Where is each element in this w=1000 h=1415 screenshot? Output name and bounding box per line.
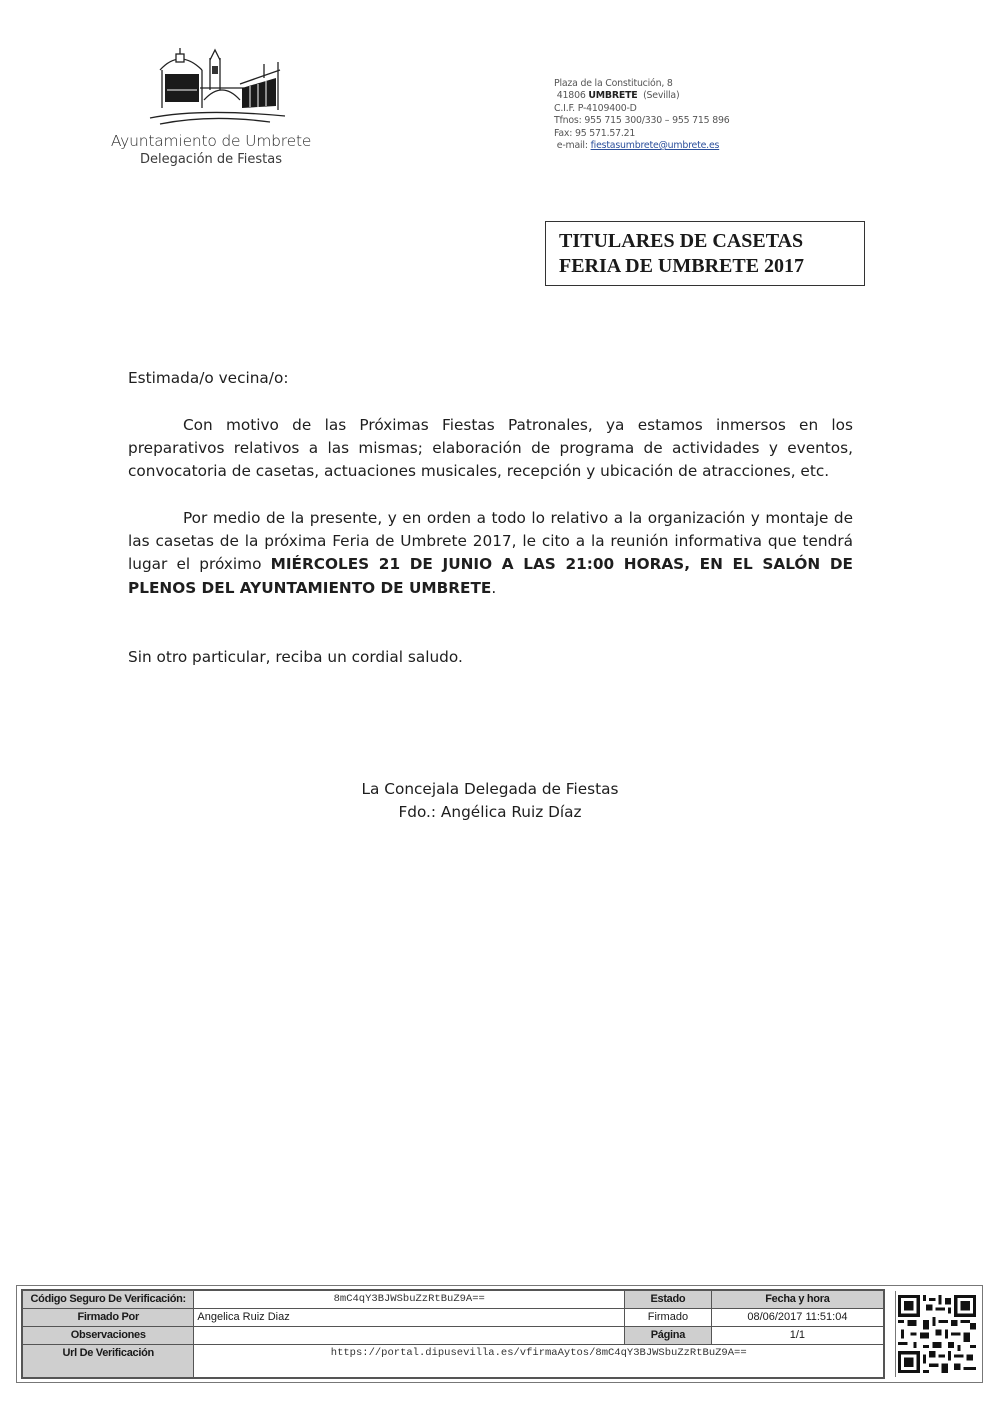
letter-body: Estimada/o vecina/o: Con motivo de las P… [128, 367, 853, 669]
address-street: Plaza de la Constitución, 8 [554, 78, 730, 90]
verification-box: Código Seguro De Verificación: 8mC4qY3BJ… [16, 1285, 983, 1383]
datetime-label: Fecha y hora [711, 1290, 884, 1308]
closing: Sin otro particular, reciba un cordial s… [128, 646, 853, 669]
paragraph-1: Con motivo de las Próximas Fiestas Patro… [128, 414, 853, 484]
paragraph-2: Por medio de la presente, y en orden a t… [128, 507, 853, 600]
address-cif: C.I.F. P-4109400-D [554, 103, 730, 115]
title-line-2: FERIA DE UMBRETE 2017 [559, 254, 864, 279]
url-label: Url De Verificación [22, 1344, 194, 1378]
page-value: 1/1 [711, 1326, 884, 1344]
organization-name: Ayuntamiento de Umbrete [100, 132, 322, 150]
qr-code-icon [898, 1294, 976, 1374]
address-phones: Tfnos: 955 715 300/330 – 955 715 896 [554, 115, 730, 127]
datetime-value: 08/06/2017 11:51:04 [711, 1308, 884, 1326]
table-row: Firmado Por Angelica Ruiz Diaz Firmado 0… [22, 1308, 884, 1326]
table-row: Observaciones Página 1/1 [22, 1326, 884, 1344]
address-email-line: e-mail: fiestasumbrete@umbrete.es [554, 140, 730, 152]
signed-by-label: Firmado Por [22, 1308, 194, 1326]
email-link[interactable]: fiestasumbrete@umbrete.es [591, 140, 720, 151]
verification-table: Código Seguro De Verificación: 8mC4qY3BJ… [21, 1289, 885, 1379]
address-fax: Fax: 95 571.57.21 [554, 128, 730, 140]
observations-value [194, 1326, 625, 1344]
table-row: Url De Verificación https://portal.dipus… [22, 1344, 884, 1378]
title-line-1: TITULARES DE CASETAS [559, 229, 864, 254]
municipal-logo: Ayuntamiento de Umbrete Delegación de Fi… [100, 40, 322, 170]
town-hall-illustration-icon [140, 40, 290, 130]
status-value: Firmado [625, 1308, 712, 1326]
signature-role: La Concejala Delegada de Fiestas [340, 778, 640, 801]
greeting: Estimada/o vecina/o: [128, 367, 853, 390]
address-city-line: 41806 UMBRETE (Sevilla) [554, 90, 730, 102]
qr-code [895, 1291, 977, 1377]
contact-address: Plaza de la Constitución, 8 41806 UMBRET… [554, 78, 730, 152]
signature-block: La Concejala Delegada de Fiestas Fdo.: A… [340, 778, 640, 825]
document-title-box: TITULARES DE CASETAS FERIA DE UMBRETE 20… [545, 221, 865, 286]
signed-by-value: Angelica Ruiz Diaz [194, 1308, 625, 1326]
url-value[interactable]: https://portal.dipusevilla.es/vfirmaAyto… [194, 1344, 884, 1378]
table-row: Código Seguro De Verificación: 8mC4qY3BJ… [22, 1290, 884, 1308]
csv-value: 8mC4qY3BJWSbuZzRtBuZ9A== [194, 1290, 625, 1308]
department-name: Delegación de Fiestas [100, 152, 322, 167]
observations-label: Observaciones [22, 1326, 194, 1344]
csv-label: Código Seguro De Verificación: [22, 1290, 194, 1308]
address-city: UMBRETE [588, 90, 637, 101]
signature-name: Fdo.: Angélica Ruiz Díaz [340, 801, 640, 824]
page-label: Página [625, 1326, 712, 1344]
status-label: Estado [625, 1290, 712, 1308]
